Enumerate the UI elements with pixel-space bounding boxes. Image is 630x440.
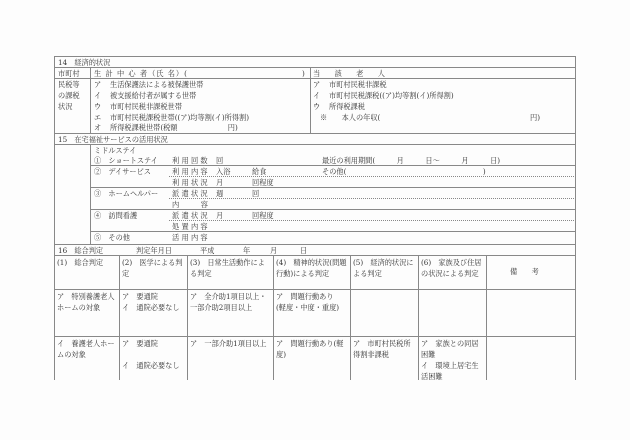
judgment-day: 日 <box>300 247 307 254</box>
table-cell: ア 問題行動あり(軽度) <box>276 338 348 360</box>
divider <box>54 289 576 290</box>
elder-item: 市町村民税非課税 <box>329 81 387 88</box>
column-header: (4) 精神的状況(問題行動)による判定 <box>276 257 348 279</box>
divider <box>54 255 576 256</box>
border <box>90 67 91 133</box>
service-row-c1: 入浴 <box>216 168 230 175</box>
elder-item: 市町村民税課税((ア)均等割(イ)所得割) <box>329 92 454 99</box>
border <box>54 56 55 380</box>
border <box>187 255 188 380</box>
service-name: ② デイサービス <box>94 168 151 175</box>
elder-label: 当 該 老 人 <box>313 70 385 77</box>
column-header: (3) 日常生活動作による判定 <box>190 257 270 279</box>
income-unit: 円) <box>530 114 540 121</box>
service-name: ① ショートステイ <box>94 157 158 164</box>
divider <box>90 187 576 188</box>
service-row-c2: 回程度 <box>252 179 274 186</box>
judgment-month: 月 <box>270 247 277 254</box>
column-header: (5) 経済的状況による判定 <box>353 257 416 279</box>
tax-status-header: 民税等 <box>58 81 80 88</box>
table-cell: ア 特別養護老人ホームの対象 <box>57 291 117 313</box>
household-item-mark: オ <box>94 124 101 131</box>
service-row-label: 処 置 内 容 <box>172 223 208 230</box>
divider <box>90 209 576 210</box>
divider <box>90 165 576 166</box>
service-row-label: 利 用 内 容 <box>172 168 208 175</box>
elder-item-mark: イ <box>313 92 320 99</box>
divider <box>90 231 576 232</box>
tax-status-header: 状況 <box>58 103 72 110</box>
column-header-remarks: 備 考 <box>510 268 539 275</box>
household-item: 市町村民税課税世帯((ア)均等割(イ)所得割) <box>110 114 249 121</box>
divider <box>54 78 576 79</box>
table-cell: イ 養護老人ホームの対象 <box>57 338 117 360</box>
service-name: ⑤ その他 <box>94 234 130 241</box>
border <box>90 144 91 244</box>
border <box>119 255 120 380</box>
table-cell: ア 一部介助1項目以上 <box>190 338 270 349</box>
tax-status-header: の課税 <box>58 92 80 99</box>
household-item-mark: ウ <box>94 103 101 110</box>
service-row-c1: 回 <box>216 157 223 164</box>
service-row-label: 派 遣 状 況 <box>172 212 208 219</box>
judgment-date-label: 判定年月日 <box>136 247 172 254</box>
elder-item-mark: ウ <box>313 103 320 110</box>
dotted-divider <box>169 198 576 199</box>
elder-item: 所得税課税 <box>329 103 365 110</box>
service-row-label: 内 容 <box>172 201 208 208</box>
household-item: 生活保護法による被保護世帯 <box>110 81 203 88</box>
table-cell: ア 家族との同居困難 イ 環境上居宅生活困難 <box>421 338 484 382</box>
section-16-title: 16 総合判定 <box>58 247 103 254</box>
divider <box>54 144 576 145</box>
service-row-c1: 月 <box>216 212 223 219</box>
household-item: 市町村民税非課税世帯 <box>110 103 182 110</box>
border <box>273 255 274 380</box>
service-row-c3: 最近の利用期間( 月 日～ 月 日) <box>322 157 500 164</box>
income-note: ※ 本人の年収( <box>320 114 380 121</box>
service-name: ③ ホームヘルパー <box>94 190 158 197</box>
column-header: (6) 家族及び住居の状況による判定 <box>421 257 484 279</box>
service-row-label: 利 用 回 数 <box>172 157 208 164</box>
section-14-title: 14 経済的状況 <box>58 59 110 66</box>
service-row-c1: 週 <box>216 190 223 197</box>
judgment-year: 年 <box>243 247 250 254</box>
service-row-c1: 月 <box>216 179 223 186</box>
table-cell: ア 要通院 イ 通院必要なし <box>122 338 185 371</box>
service-row-c2: 回 <box>252 190 259 197</box>
column-header: (2) 医学による判定 <box>122 257 185 279</box>
dotted-divider <box>169 220 576 221</box>
column-header: (1) 総合判定 <box>57 257 117 268</box>
household-head-close: ) <box>302 70 305 77</box>
service-row-label: 利 用 状 況 <box>172 179 208 186</box>
divider <box>54 133 576 134</box>
border <box>418 255 419 380</box>
service-row-label: 派 遣 状 況 <box>172 190 208 197</box>
household-head-label: 生 計 中 心 者（氏 名）( <box>94 70 188 77</box>
dotted-divider <box>169 176 576 177</box>
elder-item-mark: ア <box>313 81 320 88</box>
border <box>350 255 351 380</box>
table-cell: ア 問題行動あり (軽度・中度・重度) <box>276 291 348 313</box>
service-name: ④ 訪問看護 <box>94 212 137 219</box>
divider <box>54 67 576 68</box>
judgment-era: 平成 <box>200 247 214 254</box>
household-item-mark: エ <box>94 114 101 121</box>
middle-stay-label: ミドルステイ <box>94 147 136 154</box>
household-item-mark: イ <box>94 92 101 99</box>
tax-status-header: 市町村 <box>58 70 80 77</box>
household-item: 所得税課税世帯(税額 円) <box>110 124 238 131</box>
border <box>310 67 311 133</box>
border <box>486 255 487 380</box>
border <box>575 56 576 380</box>
table-cell: ア 全介助1項目以上・一部介助2項目以上 <box>190 291 270 313</box>
service-row-c2: 回程度 <box>252 212 274 219</box>
household-item: 被支援給付者が属する世帯 <box>110 92 196 99</box>
table-cell: ア 市町村民税所得割非課税 <box>353 338 416 360</box>
service-row-label: 活 用 内 容 <box>172 234 208 241</box>
service-row-c3: その他( ) <box>322 168 486 175</box>
table-cell: ア 要通院 イ 通院必要なし <box>122 291 185 313</box>
section-15-title: 15 在宅福祉サービスの活用状況 <box>58 136 168 143</box>
household-item-mark: ア <box>94 81 101 88</box>
divider <box>54 336 576 337</box>
divider <box>54 244 576 245</box>
divider <box>54 56 576 57</box>
service-row-c2: 給食 <box>252 168 266 175</box>
